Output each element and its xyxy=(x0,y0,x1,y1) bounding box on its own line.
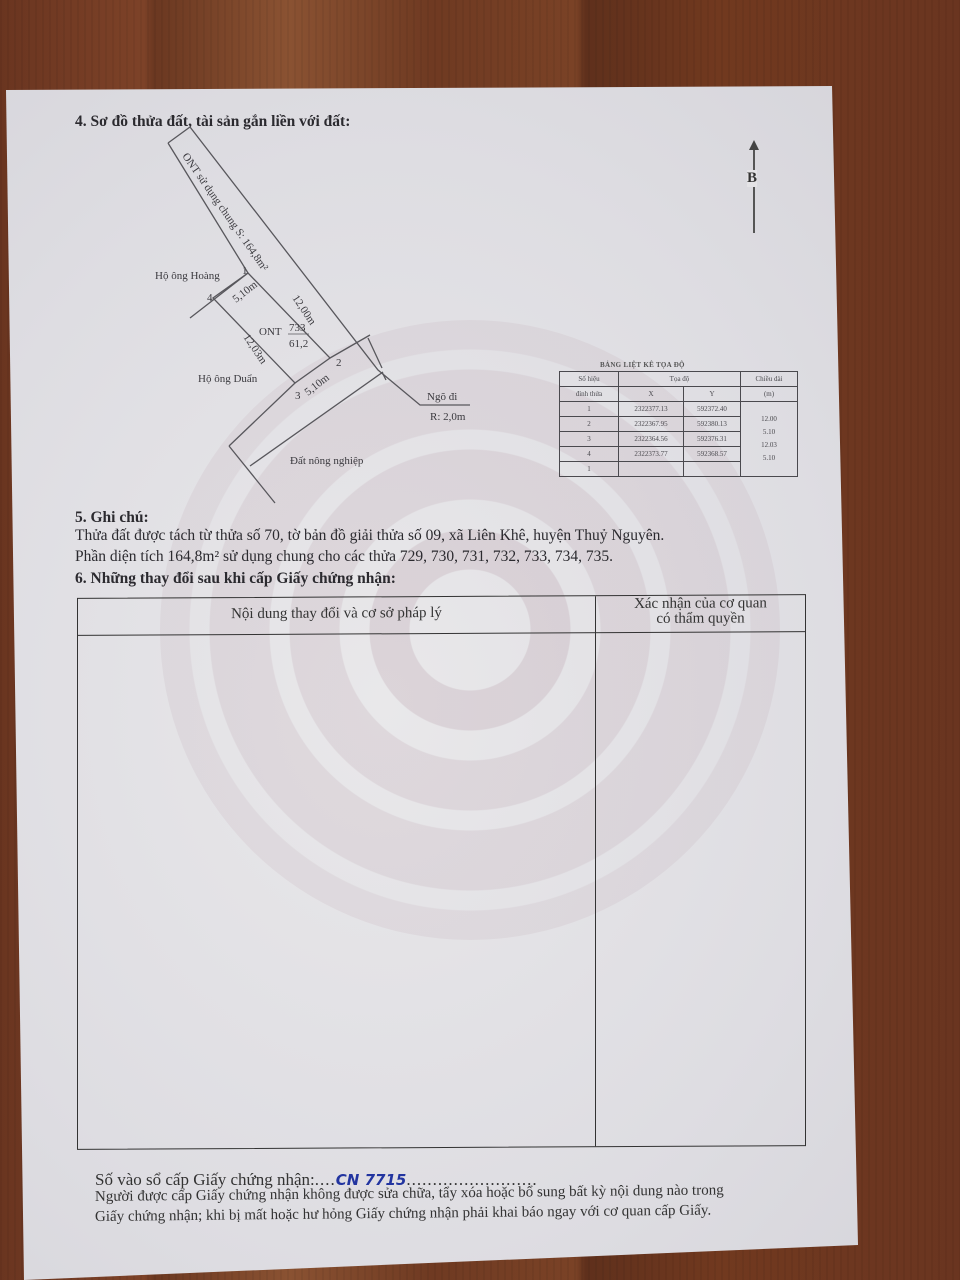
table-row: 1 2322377.13 592372.40 12.00 5.10 12.03 … xyxy=(560,402,798,417)
header-coords: Tọa độ xyxy=(619,372,741,387)
parcel-area: 61,2 xyxy=(289,338,308,350)
changes-col1-header: Nội dung thay đổi và cơ sở pháp lý xyxy=(78,604,595,624)
header-vertex: Số hiệu xyxy=(560,372,619,387)
parcel-diagram: ONT sử dụng chung S: 164,8m² Hộ ông Hoàn… xyxy=(0,0,960,520)
changes-col2-header: Xác nhận của cơ quan có thẩm quyền xyxy=(596,596,805,627)
certificate-page: 4. Sơ đồ thửa đất, tài sản gắn liền với … xyxy=(0,0,960,1280)
vertex-1: 1 xyxy=(242,265,248,277)
header-divider xyxy=(78,631,805,636)
warning-line-2: Giấy chứng nhận; khi bị mất hoặc hư hỏng… xyxy=(95,1203,711,1226)
changes-table: Nội dung thay đổi và cơ sở pháp lý Xác n… xyxy=(77,594,806,1150)
shared-strip-label: ONT sử dụng chung S: 164,8m² xyxy=(180,151,271,274)
coord-table: Số hiệu Tọa độ Chiều dài đỉnh thửa X Y (… xyxy=(559,371,798,477)
road-width: R: 2,0m xyxy=(430,411,466,423)
column-divider xyxy=(595,596,596,1146)
neighbor-north-label: Hộ ông Hoàng xyxy=(155,270,220,282)
header-y: Y xyxy=(684,387,741,402)
header-length-unit: (m) xyxy=(741,387,798,402)
section-6-title: 6. Những thay đổi sau khi cấp Giấy chứng… xyxy=(75,570,396,588)
lengths-cell: 12.00 5.10 12.03 5.10 xyxy=(741,402,798,477)
edge-2-3: 5,10m xyxy=(302,372,332,399)
vertex-3: 3 xyxy=(295,390,301,402)
note-line-2: Phần diện tích 164,8m² sử dụng chung cho… xyxy=(75,548,613,566)
header-length: Chiều dài xyxy=(741,372,798,387)
vertex-2: 2 xyxy=(336,357,342,369)
arrow-up-icon xyxy=(749,140,759,150)
neighbor-south-label: Hộ ông Duẩn xyxy=(198,373,258,385)
coord-table-title: BẢNG LIỆT KÊ TỌA ĐỘ xyxy=(600,361,685,369)
road-label: Ngõ đi xyxy=(427,391,457,403)
parcel-number: 733 xyxy=(289,322,306,334)
north-label: B xyxy=(747,170,757,187)
note-line-1: Thửa đất được tách từ thửa số 70, tờ bản… xyxy=(75,527,664,545)
parcel-type: ONT xyxy=(259,326,282,338)
vertex-4: 4 xyxy=(207,292,213,304)
header-x: X xyxy=(619,387,684,402)
header-vertex-2: đỉnh thửa xyxy=(560,387,619,402)
section-5-title: 5. Ghi chú: xyxy=(75,509,149,527)
north-arrow: B xyxy=(747,140,761,230)
agri-land-label: Đất nông nghiệp xyxy=(290,455,364,467)
